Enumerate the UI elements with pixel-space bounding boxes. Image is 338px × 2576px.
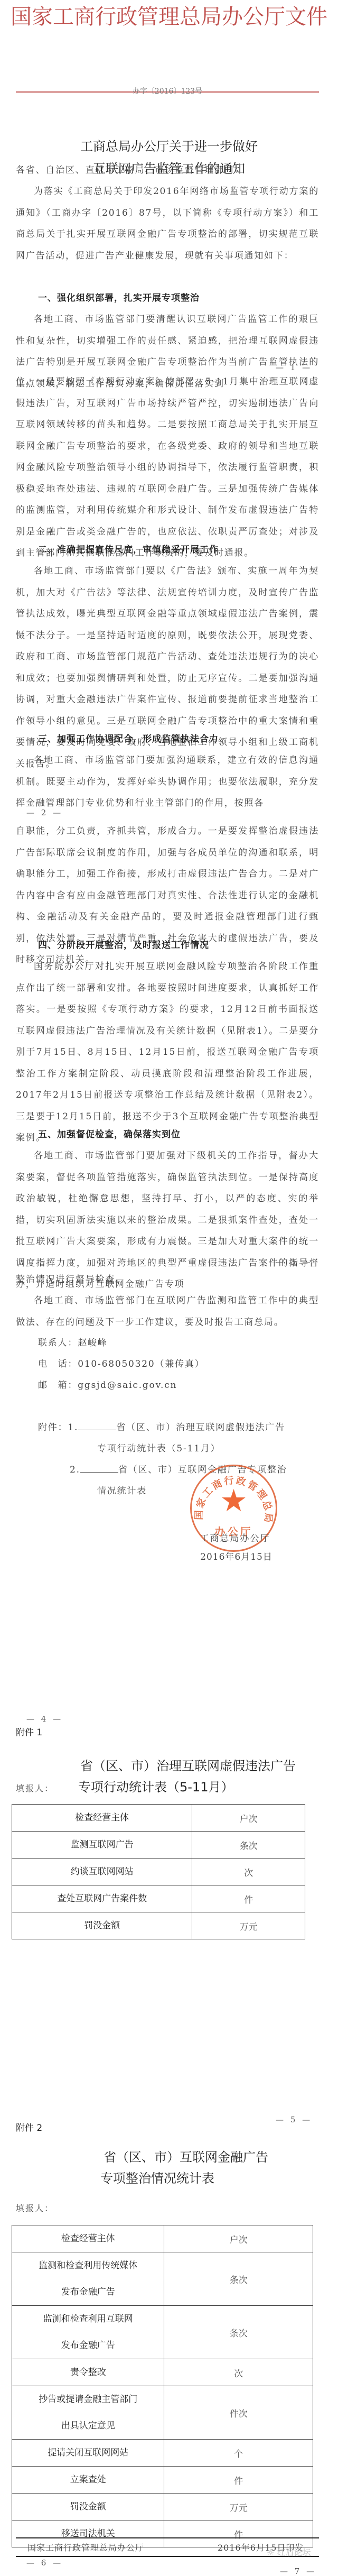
item-line1: 抄告或提请金融主管部门 [12, 2386, 164, 2413]
table-cell-item: 监测和检查利用传统媒体发布金融广告 [12, 2252, 164, 2306]
item-line2: 出具认定意见 [12, 2413, 164, 2439]
attachment-1-title: 省（区、市）治理互联网虚假违法广告 专项行动统计表（5-11月） [78, 1755, 326, 1798]
table-cell-item: 立案查处 [12, 2467, 164, 2494]
attachment-1-title-line2: 专项行动统计表（5-11月） [97, 1438, 319, 1460]
watermark: ☼ 红盾论坛 [267, 2546, 311, 2558]
section-heading-1: 一、强化组织部署，扎实开展专项整治 [16, 288, 319, 309]
section-4-paragraph: 国务院办公厅对扎实开展互联网金融风险专项整治各阶段工作重点作出了统一部署和安排。… [16, 956, 319, 1149]
footer-top-rule [16, 2537, 319, 2538]
table-cell-unit[interactable]: 条次 [192, 1832, 305, 1859]
table-row: 提请关闭互联网网站 个 [12, 2440, 313, 2467]
table-row: 查处互联网广告案件数 件 [12, 1885, 305, 1912]
attachment-2-number: 2. [70, 1465, 80, 1475]
contact-phone-value: 010-68050320（兼传真） [78, 1359, 204, 1369]
table-cell-unit[interactable]: 条次 [164, 2306, 313, 2359]
issuer-title: 国家工商行政管理总局办公厅文件 [0, 3, 338, 31]
item-line1: 检查经营主体 [12, 2225, 164, 2252]
table-cell-item: 监测互联网广告 [12, 1832, 192, 1859]
contact-person-label: 联系人： [38, 1338, 78, 1348]
table-cell-unit[interactable]: 户次 [192, 1805, 305, 1832]
table-row: 检查经营主体 户次 [12, 2225, 313, 2252]
item-line1: 监测和检查利用互联网 [12, 2306, 164, 2332]
table-cell-item: 责令整改 [12, 2359, 164, 2386]
table-row: 约谈互联网网站 次 [12, 1859, 305, 1885]
table-cell-item: 提请关闭互联网网站 [12, 2440, 164, 2467]
attachment-list-item-1: 附件：1.省（区、市）治理互联网虚假违法广告 [16, 1417, 319, 1439]
attachment-2-table: 检查经营主体 户次 监测和检查利用传统媒体发布金融广告 条次 监测和检查利用互联… [12, 2225, 313, 2547]
attachment-list-label: 附件： [38, 1422, 68, 1433]
section-heading-3: 三、加强工作协调配合，形成监管执法合力 [16, 729, 319, 750]
table-cell-unit[interactable]: 条次 [164, 2252, 313, 2306]
page-number-3: — 3 — [276, 1257, 312, 1267]
table-row: 罚没金额 万元 [12, 1912, 305, 1939]
table-cell-unit[interactable]: 万元 [192, 1912, 305, 1939]
attachment-1-number: 1. [68, 1422, 78, 1433]
table-cell-item: 约谈互联网网站 [12, 1859, 192, 1885]
attachment-1-filler-label: 填报人： [16, 1782, 54, 1794]
table-cell-unit[interactable]: 件 [192, 1885, 305, 1912]
page-number-2: — 2 — [26, 808, 63, 817]
table-row: 监测和检查利用传统媒体发布金融广告 条次 [12, 2252, 313, 2306]
item-line1: 提请关闭互联网网站 [12, 2440, 164, 2466]
attachment-1-title-line1: 省（区、市）治理互联网虚假违法广告 [78, 1755, 326, 1777]
table-cell-item: 罚没金额 [12, 2494, 164, 2520]
signature-office: 工商总局办公厅 [193, 1531, 277, 1544]
table-row: 检查经营主体 户次 [12, 1805, 305, 1832]
contact-phone: 电 话：010-68050320（兼传真） [16, 1354, 319, 1375]
contact-email-label: 邮 箱： [38, 1380, 78, 1391]
attachment-1-title-line1: 省（区、市）治理互联网虚假违法广告 [116, 1422, 285, 1433]
intro-paragraph: 为落实《工商总局关于印发2016年网络市场监管专项行动方案的通知》（工商办字〔2… [16, 181, 319, 266]
seal-star-icon: ★ [220, 1485, 248, 1516]
table-cell-item: 抄告或提请金融主管部门出具认定意见 [12, 2386, 164, 2440]
table-row: 抄告或提请金融主管部门出具认定意见 件次 [12, 2386, 313, 2440]
attachment-2-title-line1: 省（区、市）互联网金融广告 [100, 2147, 322, 2168]
item-line2: 发布金融广告 [12, 2279, 164, 2305]
attachment-2-label: 附件 2 [16, 2120, 42, 2133]
item-line1: 罚没金额 [12, 2494, 164, 2520]
table-cell-item: 罚没金额 [12, 1912, 192, 1939]
section-1-paragraph-b: 位。一是要按照《专项行动方案》的部署，5-11月集中治理互联网虚假违法广告，对互… [16, 371, 319, 564]
table-cell-unit[interactable]: 次 [164, 2359, 313, 2386]
doc-number: 办字〔2016〕123号 [16, 86, 319, 96]
attachment-2-title-line2: 专项整治情况统计表 [100, 2168, 322, 2189]
table-cell-item: 检查经营主体 [12, 2225, 164, 2252]
table-cell-item: 查处互联网广告案件数 [12, 1885, 192, 1912]
contact-person: 联系人：赵峻峰 [16, 1332, 319, 1354]
table-cell-item: 检查经营主体 [12, 1805, 192, 1832]
page-number-4: — 4 — [26, 1714, 63, 1724]
table-cell-unit[interactable]: 万元 [164, 2494, 313, 2520]
table-cell-unit[interactable]: 件 [164, 2467, 313, 2494]
blank-underline [80, 1463, 118, 1473]
item-line1: 监测和检查利用传统媒体 [12, 2252, 164, 2279]
table-row: 监测互联网广告 条次 [12, 1832, 305, 1859]
page-number-5: — 5 — [276, 2115, 312, 2124]
contact-phone-label: 电 话： [38, 1359, 78, 1369]
item-line1: 立案查处 [12, 2467, 164, 2493]
contact-email: 邮 箱：ggsjd@saic.gov.cn [16, 1375, 319, 1396]
table-cell-item: 监测和检查利用互联网发布金融广告 [12, 2306, 164, 2359]
section-heading-5: 五、加强督促检查，确保落实到位 [16, 1124, 319, 1145]
table-row: 罚没金额 万元 [12, 2494, 313, 2520]
attachment-1-title-line2: 专项行动统计表（5-11月） [78, 1777, 326, 1798]
item-line2: 发布金融广告 [12, 2332, 164, 2359]
table-cell-unit[interactable]: 个 [164, 2440, 313, 2467]
footer-issuer: 国家工商行政管理总局办公厅 [27, 2541, 144, 2553]
section-5-paragraph-b: 整治情况进行督导检查。 [16, 1269, 319, 1291]
salutation: 各省、自治区、直辖市工商局、市场监督管理部门： [16, 160, 319, 181]
table-row: 立案查处 件 [12, 2467, 313, 2494]
section-3-paragraph-a: 各地工商、市场监管部门要加强沟通联系，建立有效的信息沟通机制。既要主动作为，发挥… [16, 750, 319, 814]
signature-date: 2016年6月15日 [190, 1549, 283, 1562]
watermark-text: 红盾论坛 [277, 2547, 311, 2557]
doc-number-row: 办字〔2016〕123号 [16, 85, 319, 100]
contact-person-value: 赵峻峰 [78, 1338, 107, 1348]
blank-underline [78, 1421, 116, 1430]
item-line1: 责令整改 [12, 2359, 164, 2386]
table-cell-unit[interactable]: 户次 [164, 2225, 313, 2252]
table-cell-unit[interactable]: 件次 [164, 2386, 313, 2440]
doc-title-line1: 工商总局办公厅关于进一步做好 [0, 135, 338, 158]
attachment-2-filler-label: 填报人： [16, 2202, 54, 2214]
wechat-icon: ☼ [267, 2547, 274, 2557]
attachment-2-title: 省（区、市）互联网金融广告 专项整治情况统计表 [100, 2147, 322, 2189]
attachment-1-label: 附件 1 [16, 1725, 42, 1738]
page-number-7: — 7 — [280, 2566, 316, 2576]
contact-email-link[interactable]: ggsjd@saic.gov.cn [78, 1380, 177, 1391]
closing-paragraph: 各地工商、市场监管部门在互联网广告监测和监管工作中的典型做法、存在的问题及下一步… [16, 1290, 319, 1333]
page-number-6: — 6 — [26, 2558, 63, 2568]
section-heading-4: 四、分阶段开展整治，及时报送工作情况 [16, 935, 319, 956]
table-row: 监测和检查利用互联网发布金融广告 条次 [12, 2306, 313, 2359]
attachment-1-table: 检查经营主体 户次 监测互联网广告 条次 约谈互联网网站 次 查处互联网广告案件… [12, 1804, 305, 1939]
table-row: 责令整改 次 [12, 2359, 313, 2386]
table-cell-unit[interactable]: 次 [192, 1859, 305, 1885]
section-heading-2: 二、准确把握宣传尺度，审慎稳妥开展工作 [16, 539, 319, 560]
